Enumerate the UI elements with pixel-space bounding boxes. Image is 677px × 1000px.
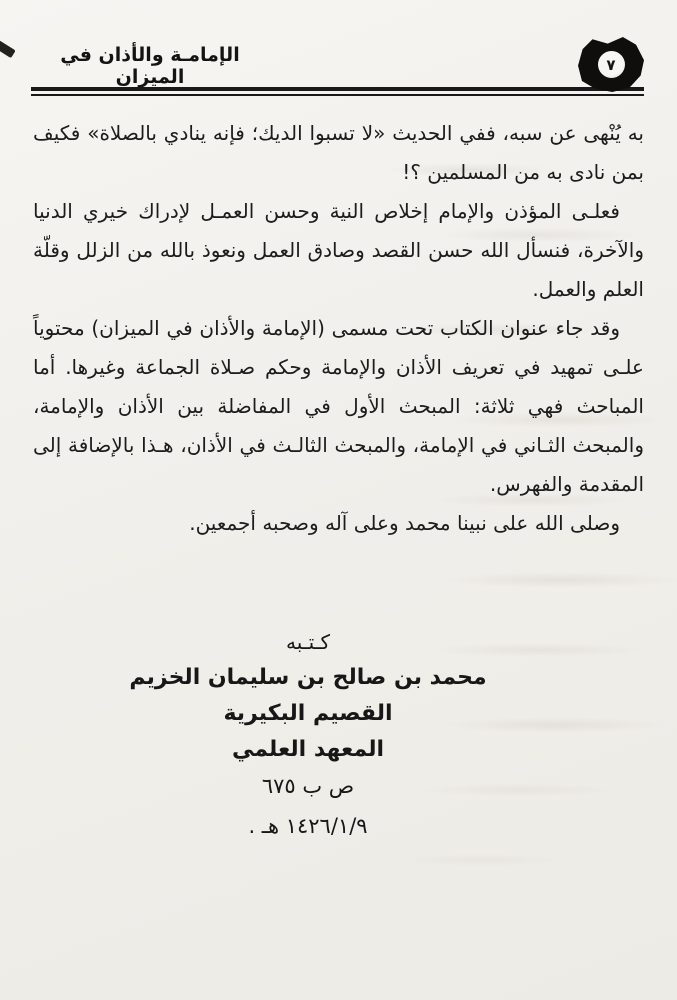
scan-edge-artifact [0, 39, 16, 58]
colophon-author-name: محمد بن صالح بن سليمان الخزيم [118, 660, 498, 696]
page-number: ٧ [606, 56, 615, 73]
colophon: كـتـبه محمد بن صالح بن سليمان الخزيم الق… [118, 624, 498, 844]
colophon-location: القصيم البكيرية [118, 696, 498, 732]
colophon-written-by: كـتـبه [118, 624, 498, 660]
page-number-medallion: ٧ [598, 51, 625, 78]
paragraph: وقد جاء عنوان الكتاب تحت مسمى (الإمامة و… [33, 309, 644, 504]
paragraph: وصلى الله على نبينا محمد وعلى آله وصحبه … [33, 504, 644, 543]
body-text: به يُنْهى عن سبه، ففي الحديث «لا تسبوا ا… [33, 114, 644, 543]
colophon-date: ١٤٢٦/١/٩ هـ . [118, 808, 498, 844]
running-head-title: الإمامـة والأذان في الميزان [35, 44, 265, 88]
page-number-ornament-icon: ٧ [578, 37, 644, 92]
book-page: الإمامـة والأذان في الميزان ٧ به يُنْهى … [0, 0, 677, 1000]
colophon-institute: المعهد العلمي [118, 732, 498, 768]
paragraph: به يُنْهى عن سبه، ففي الحديث «لا تسبوا ا… [33, 114, 644, 192]
paragraph: فعلـى المؤذن والإمام إخلاص النية وحسن ال… [33, 192, 644, 309]
colophon-po-box: ص ب ٦٧٥ [118, 768, 498, 804]
header-double-rule [31, 87, 644, 96]
